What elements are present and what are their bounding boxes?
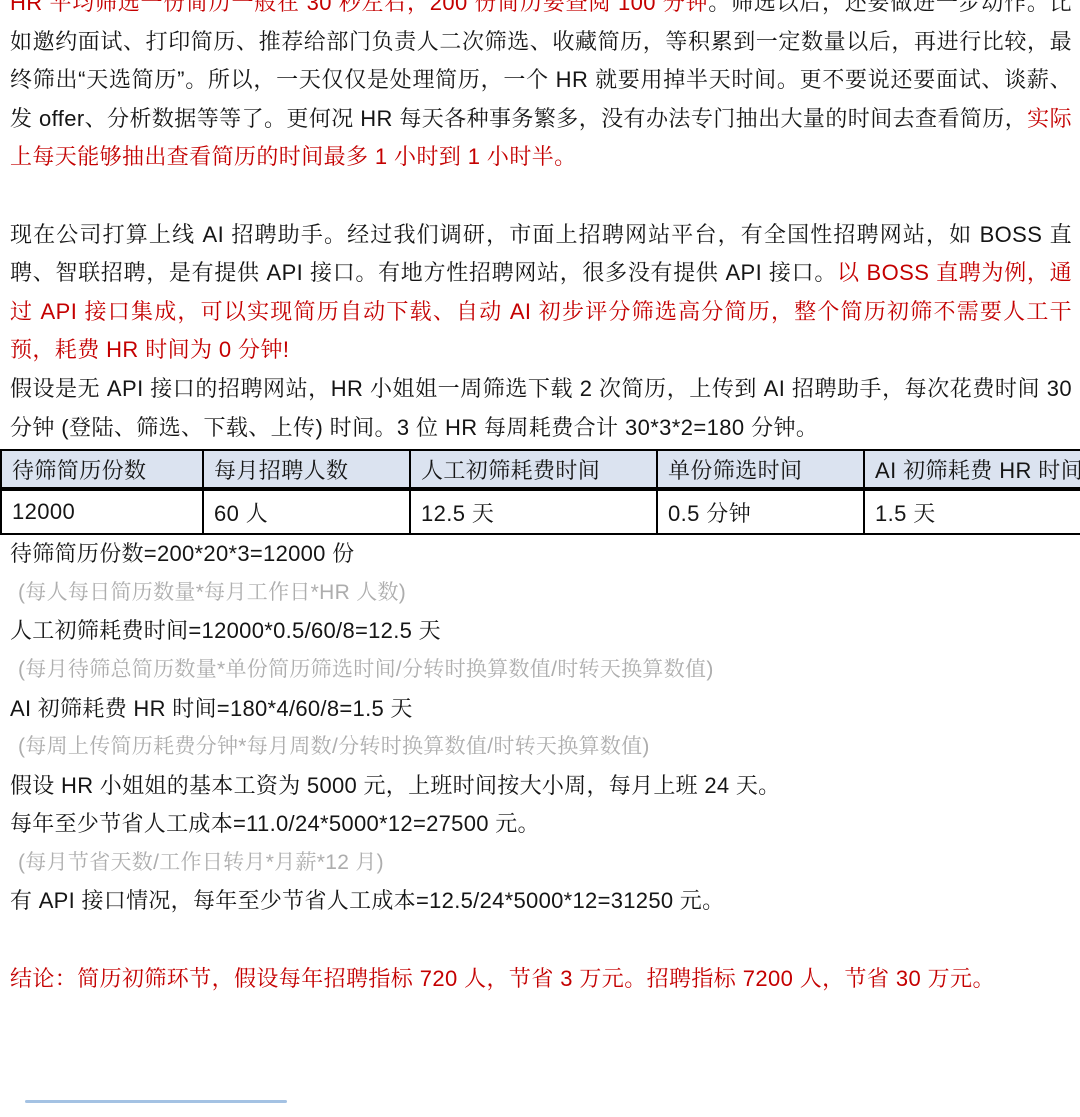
paragraph-no-api-assumption: 假设是无 API 接口的招聘网站，HR 小姐姐一周筛选下载 2 次简历，上传到 … xyxy=(0,370,1080,447)
calc-ai-time-note: (每周上传简历耗费分钟*每月周数/分转时换算数值/时转天换算数值) xyxy=(0,728,1080,767)
cell-resumes-to-screen: 12000 xyxy=(1,489,203,534)
calc-resumes-note: (每人每日简历数量*每月工作日*HR 人数) xyxy=(0,574,1080,613)
header-manual-screening-time: 人工初筛耗费时间 xyxy=(410,450,657,489)
header-monthly-hires: 每月招聘人数 xyxy=(203,450,410,489)
document-body: HR 平均筛选一份简历一般在 30 秒左右，200 份简历要查阅 100 分钟。… xyxy=(0,0,1080,998)
conclusion-paragraph: 结论：简历初筛环节，假设每年招聘指标 720 人，节省 3 万元。招聘指标 72… xyxy=(0,960,1080,999)
metrics-table-row: 12000 60 人 12.5 天 0.5 分钟 1.5 天 xyxy=(1,489,1080,534)
calc-manual-time-note: (每月待筛总简历数量*单份简历筛选时间/分转时换算数值/时转天换算数值) xyxy=(0,651,1080,690)
calc-salary-assumption: 假设 HR 小姐姐的基本工资为 5000 元，上班时间按大小周，每月上班 24 … xyxy=(0,767,1080,806)
no-api-assumption-body: 假设是无 API 接口的招聘网站，HR 小姐姐一周筛选下载 2 次简历，上传到 … xyxy=(10,376,1072,440)
manual-screening-body: 。筛选以后，还要做进一步动作。比如邀约面试、打印简历、推荐给部门负责人二次筛选、… xyxy=(10,0,1072,131)
cell-manual-screening-time: 12.5 天 xyxy=(410,489,657,534)
cell-per-resume-time: 0.5 分钟 xyxy=(657,489,864,534)
paragraph-manual-screening: HR 平均筛选一份简历一般在 30 秒左右，200 份简历要查阅 100 分钟。… xyxy=(0,0,1080,177)
header-per-resume-time: 单份筛选时间 xyxy=(657,450,864,489)
header-resumes-to-screen: 待筛简历份数 xyxy=(1,450,203,489)
metrics-table: 待筛简历份数 每月招聘人数 人工初筛耗费时间 单份筛选时间 AI 初筛耗费 HR… xyxy=(0,449,1080,535)
calculation-lines: 待筛简历份数=200*20*3=12000 份 (每人每日简历数量*每月工作日*… xyxy=(0,535,1080,921)
metrics-table-header-row: 待筛简历份数 每月招聘人数 人工初筛耗费时间 单份筛选时间 AI 初筛耗费 HR… xyxy=(1,450,1080,489)
header-ai-screening-hr-time: AI 初筛耗费 HR 时间 xyxy=(864,450,1080,489)
calc-manual-time-formula: 人工初筛耗费时间=12000*0.5/60/8=12.5 天 xyxy=(0,612,1080,651)
calc-resumes-formula: 待筛简历份数=200*20*3=12000 份 xyxy=(0,535,1080,574)
calc-ai-time-formula: AI 初筛耗费 HR 时间=180*4/60/8=1.5 天 xyxy=(0,690,1080,729)
calc-yearly-saving-note: (每月节省天数/工作日转月*月薪*12 月) xyxy=(0,844,1080,883)
underline-artifact xyxy=(25,1100,287,1103)
manual-screening-red-lead: HR 平均筛选一份简历一般在 30 秒左右，200 份简历要查阅 100 分钟 xyxy=(10,0,708,15)
calc-yearly-saving-formula: 每年至少节省人工成本=11.0/24*5000*12=27500 元。 xyxy=(0,805,1080,844)
paragraph-ai-assistant-research: 现在公司打算上线 AI 招聘助手。经过我们调研，市面上招聘网站平台，有全国性招聘… xyxy=(0,216,1080,370)
cell-monthly-hires: 60 人 xyxy=(203,489,410,534)
calc-api-yearly-saving-formula: 有 API 接口情况，每年至少节省人工成本=12.5/24*5000*12=31… xyxy=(0,882,1080,921)
cell-ai-screening-hr-time: 1.5 天 xyxy=(864,489,1080,534)
blank-line xyxy=(0,177,1080,216)
